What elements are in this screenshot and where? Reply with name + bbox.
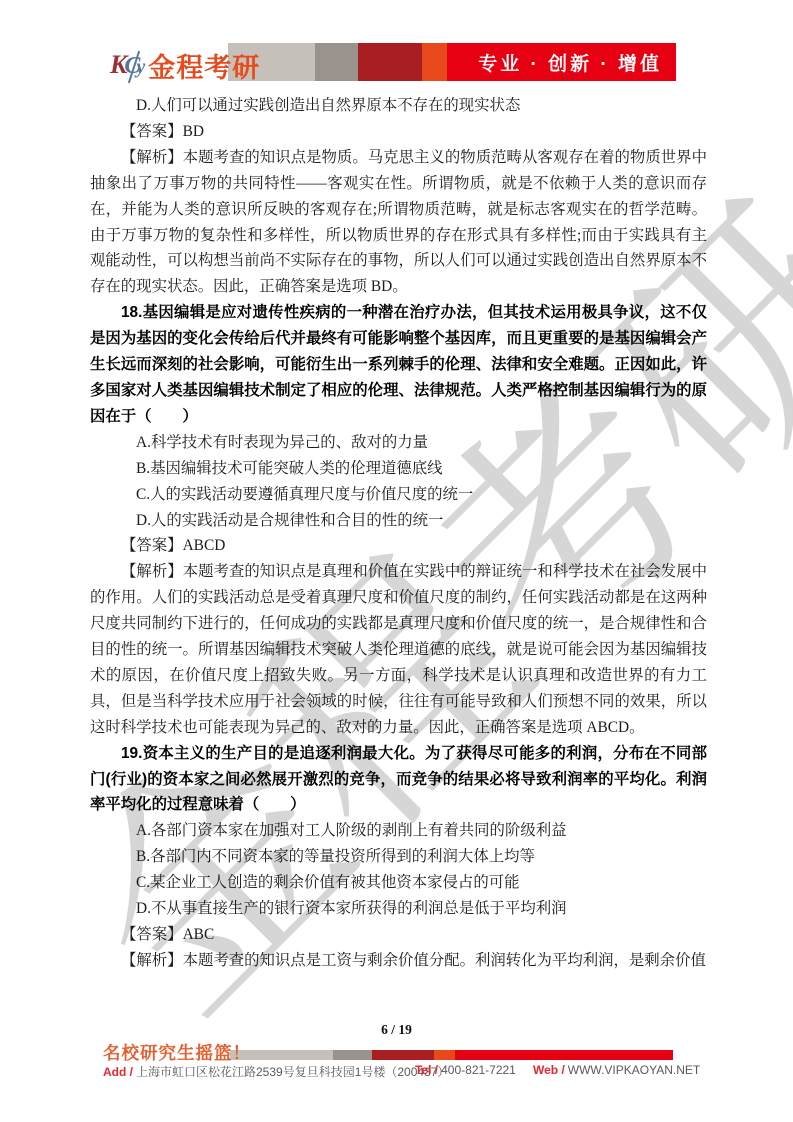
option-line: B.基因编辑技术可能突破人类的伦理道德底线	[90, 456, 707, 482]
logo-wordmark: 金程考研	[148, 46, 260, 85]
contact-tel: Tel /400-821-7221	[415, 1063, 516, 1077]
kcy-logo-icon: KCy	[110, 52, 145, 78]
header-banner: 专业 · 创新 · 增值	[228, 43, 676, 81]
contact-address: Add /上海市虹口区松花江路2539号复旦科技园1号楼（200437）	[103, 1063, 449, 1080]
web-value: WWW.VIPKAOYAN.NET	[568, 1063, 700, 1077]
page-number: 6 / 19	[0, 1022, 793, 1038]
option-line: A.科学技术有时表现为异己的、敌对的力量	[90, 430, 707, 456]
header-logo: KCy 金程考研	[110, 45, 260, 85]
banner-stripe	[358, 43, 422, 81]
banner-stripe	[315, 43, 358, 81]
footer-stripe	[333, 1050, 372, 1060]
tel-label: Tel /	[415, 1063, 438, 1077]
web-label: Web /	[533, 1063, 565, 1077]
answer-line: 【答案】BD	[90, 119, 707, 145]
option-line: D.人们可以通过实践创造出自然界原本不存在的现实状态	[90, 93, 707, 119]
question-18: 18.基因编辑是应对遗传性疾病的一种潜在治疗办法，但其技术运用极具争议，这不仅是…	[90, 300, 707, 430]
footer-stripe	[372, 1050, 434, 1060]
banner-stripe	[422, 43, 447, 81]
footer-stripe	[455, 1050, 673, 1060]
answer-line: 【答案】ABCD	[90, 533, 707, 559]
footer-stripe	[434, 1050, 455, 1060]
document-body: D.人们可以通过实践创造出自然界原本不存在的现实状态 【答案】BD 【解析】本题…	[90, 93, 707, 974]
footer-brand: 名校研究生摇篮！	[103, 1040, 251, 1065]
option-line: D.不从事直接生产的银行资本家所获得的利润总是低于平均利润	[90, 896, 707, 922]
address-value: 上海市虹口区松花江路2539号复旦科技园1号楼（200437）	[136, 1065, 449, 1079]
answer-line: 【答案】ABC	[90, 922, 707, 948]
option-line: A.各部门资本家在加强对工人阶级的剥削上有着共同的阶级利益	[90, 818, 707, 844]
analysis-paragraph: 【解析】本题考查的知识点是真理和价值在实践中的辩证统一和科学技术在社会发展中的作…	[90, 559, 707, 740]
banner-slogan: 专业 · 创新 · 增值	[478, 43, 662, 81]
analysis-paragraph: 【解析】本题考查的知识点是工资与剩余价值分配。利润转化为平均利润，是剩余价值	[90, 948, 707, 974]
document-page: 金程考研 KCy 金程考研 专业 · 创新 · 增值 D.人们可以通过实践创造出…	[0, 0, 793, 1122]
option-line: C.某企业工人创造的剩余价值有被其他资本家侵占的可能	[90, 870, 707, 896]
tel-value: 400-821-7221	[441, 1063, 516, 1077]
footer-bar	[230, 1050, 673, 1060]
logo-letter-y: y	[136, 56, 145, 78]
address-label: Add /	[103, 1065, 133, 1079]
question-19: 19.资本主义的生产目的是追逐利润最大化。为了获得尽可能多的利润，分布在不同部门…	[90, 741, 707, 819]
option-line: D.人的实践活动是合规律性和合目的性的统一	[90, 508, 707, 534]
contact-web: Web /WWW.VIPKAOYAN.NET	[533, 1063, 700, 1077]
option-line: B.各部门内不同资本家的等量投资所得到的利润大体上均等	[90, 844, 707, 870]
option-line: C.人的实践活动要遵循真理尺度与价值尺度的统一	[90, 482, 707, 508]
analysis-paragraph: 【解析】本题考查的知识点是物质。马克思主义的物质范畴从客观存在着的物质世界中抽象…	[90, 145, 707, 300]
